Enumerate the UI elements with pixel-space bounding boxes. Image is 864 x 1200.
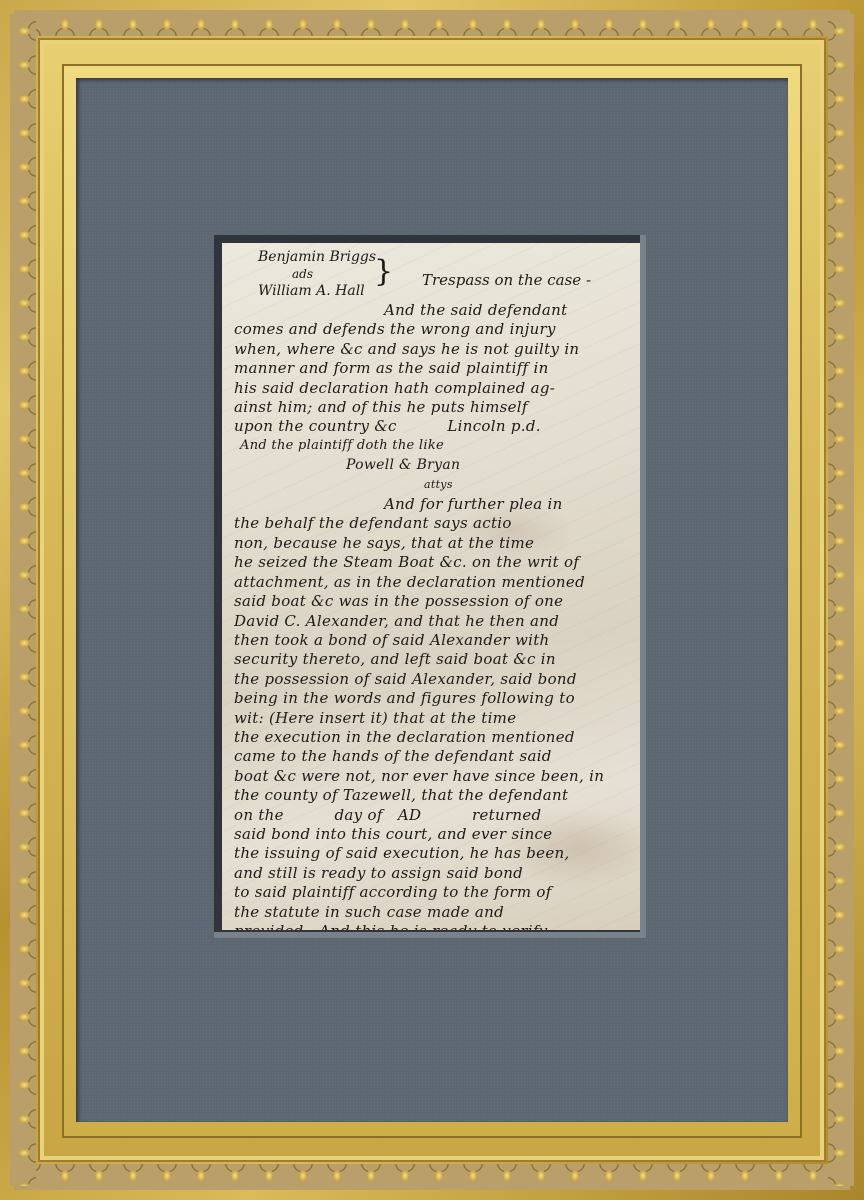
text-line: then took a bond of said Alexander with — [234, 631, 630, 649]
attorney-label: attys — [234, 476, 630, 494]
action-title: Trespass on the case - — [422, 271, 591, 289]
text-line: comes and defends the wrong and injury — [234, 320, 630, 338]
text-line: he seized the Steam Boat &c. on the writ… — [234, 553, 630, 571]
text-line: security thereto, and left said boat &c … — [234, 650, 630, 668]
text-line: when, where &c and says he is not guilty… — [234, 340, 630, 358]
frame-ornament-bottom — [14, 1164, 850, 1190]
text-line: the issuing of said execution, he has be… — [234, 844, 630, 862]
frame-ornament-left — [10, 14, 36, 1186]
text-line: the statute in such case made and — [234, 903, 630, 921]
text-line: the execution in the declaration mention… — [234, 728, 630, 746]
text-line: manner and form as the said plaintiff in — [234, 359, 630, 377]
text-line: the behalf the defendant says actio — [234, 514, 630, 532]
text-line: to said plaintiff according to the form … — [234, 883, 630, 901]
text-line: non, because he says, that at the time — [234, 534, 630, 552]
text-line: the possession of said Alexander, said b… — [234, 670, 630, 688]
case-caption: Benjamin Briggs ads William A. Hall — [258, 249, 376, 300]
text-line: on the day of AD returned — [234, 806, 630, 824]
text-line: wit: (Here insert it) that at the time — [234, 709, 630, 727]
handwritten-document: Benjamin Briggs ads William A. Hall } Tr… — [222, 243, 640, 930]
text-line: boat &c were not, nor ever have since be… — [234, 767, 630, 785]
text-line: came to the hands of the defendant said — [234, 747, 630, 765]
picture-frame: Benjamin Briggs ads William A. Hall } Tr… — [0, 0, 864, 1200]
brace-icon: } — [374, 257, 393, 287]
text-line: And the said defendant — [234, 301, 630, 319]
text-line: the county of Tazewell, that the defenda… — [234, 786, 630, 804]
text-line: upon the country &c Lincoln p.d. — [234, 417, 630, 435]
text-line: said boat &c was in the possession of on… — [234, 592, 630, 610]
defendant-name: William A. Hall — [258, 283, 365, 299]
text-line: And for further plea in — [234, 495, 630, 513]
ads-label: ads — [258, 266, 376, 283]
text-line: said bond into this court, and ever sinc… — [234, 825, 630, 843]
plaintiff-name: Benjamin Briggs — [258, 249, 376, 265]
frame-ornament-top — [14, 10, 850, 36]
text-line: attachment, as in the declaration mentio… — [234, 573, 630, 591]
text-line: And the plaintiff doth the like — [234, 437, 630, 455]
text-line: provided - And this he is ready to verif… — [234, 922, 630, 930]
attorney-signature: Powell & Bryan — [234, 456, 630, 474]
text-line: David C. Alexander, and that he then and — [234, 612, 630, 630]
text-line: his said declaration hath complained ag- — [234, 379, 630, 397]
text-line: being in the words and figures following… — [234, 689, 630, 707]
frame-ornament-right — [828, 14, 854, 1186]
text-line: and still is ready to assign said bond — [234, 864, 630, 882]
text-line: ainst him; and of this he puts himself — [234, 398, 630, 416]
